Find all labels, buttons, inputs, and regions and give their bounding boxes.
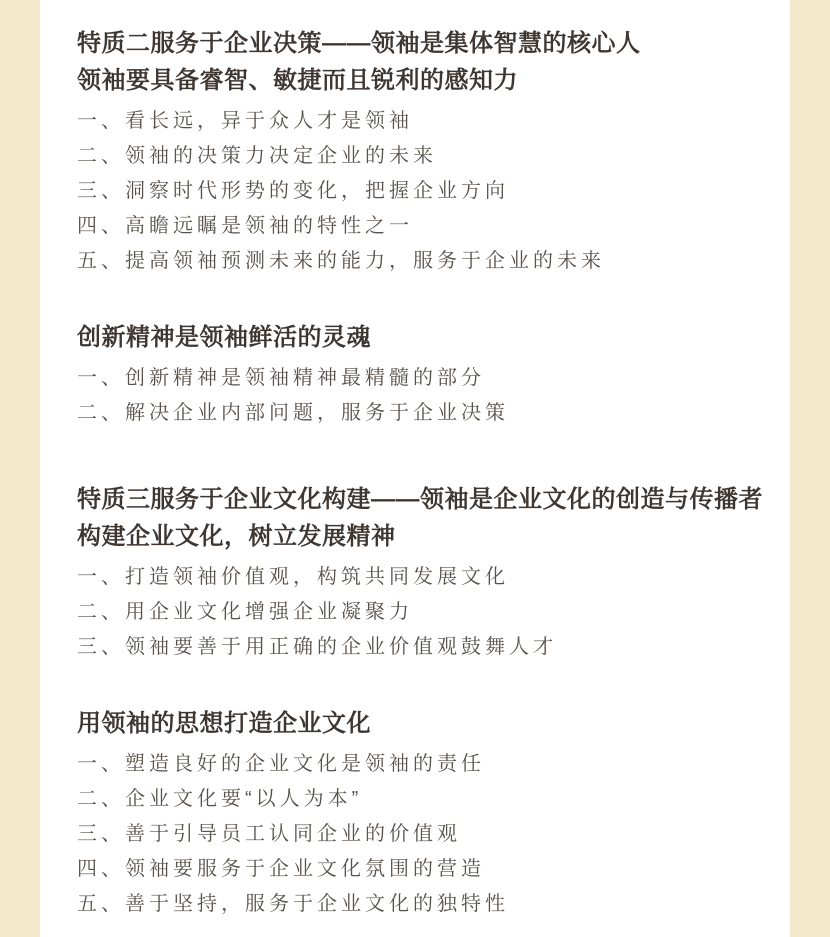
section-list: 一、打造领袖价值观，构筑共同发展文化 二、用企业文化增强企业凝聚力 三、领袖要善… — [77, 560, 770, 665]
content-card: 特质二服务于企业决策——领袖是集体智慧的核心人 领袖要具备睿智、敏捷而且锐利的感… — [40, 0, 790, 937]
list-item: 四、高瞻远瞩是领袖的特性之一 — [77, 209, 770, 244]
list-item: 二、解决企业内部问题，服务于企业决策 — [77, 396, 770, 431]
list-item: 五、善于坚持，服务于企业文化的独特性 — [77, 887, 770, 922]
list-item: 三、领袖要善于用正确的企业价值观鼓舞人才 — [77, 630, 770, 665]
section-innovation-spirit: 创新精神是领袖鲜活的灵魂 一、创新精神是领袖精神最精髓的部分 二、解决企业内部问… — [77, 319, 770, 431]
section-leader-thought-culture: 用领袖的思想打造企业文化 一、塑造良好的企业文化是领袖的责任 二、企业文化要“以… — [77, 705, 770, 922]
list-item: 四、领袖要服务于企业文化氛围的营造 — [77, 852, 770, 887]
section-heading-line: 创新精神是领袖鲜活的灵魂 — [77, 319, 770, 356]
list-item: 三、善于引导员工认同企业的价值观 — [77, 817, 770, 852]
section-heading-line: 构建企业文化，树立发展精神 — [77, 518, 770, 555]
section-list: 一、看长远，异于众人才是领袖 二、领袖的决策力决定企业的未来 三、洞察时代形势的… — [77, 104, 770, 279]
list-item: 二、领袖的决策力决定企业的未来 — [77, 139, 770, 174]
list-item: 三、洞察时代形势的变化，把握企业方向 — [77, 174, 770, 209]
list-item: 一、打造领袖价值观，构筑共同发展文化 — [77, 560, 770, 595]
section-heading-line: 用领袖的思想打造企业文化 — [77, 705, 770, 742]
section-list: 一、塑造良好的企业文化是领袖的责任 二、企业文化要“以人为本” 三、善于引导员工… — [77, 747, 770, 922]
section-heading-line: 特质二服务于企业决策——领袖是集体智慧的核心人 — [77, 25, 770, 62]
list-item: 一、塑造良好的企业文化是领袖的责任 — [77, 747, 770, 782]
section-heading-line: 特质三服务于企业文化构建——领袖是企业文化的创造与传播者 — [77, 481, 770, 518]
list-item: 五、提高领袖预测未来的能力，服务于企业的未来 — [77, 244, 770, 279]
section-heading: 特质三服务于企业文化构建——领袖是企业文化的创造与传播者 构建企业文化，树立发展… — [77, 481, 770, 555]
list-item: 二、用企业文化增强企业凝聚力 — [77, 595, 770, 630]
section-trait-three: 特质三服务于企业文化构建——领袖是企业文化的创造与传播者 构建企业文化，树立发展… — [77, 481, 770, 665]
section-heading-line: 领袖要具备睿智、敏捷而且锐利的感知力 — [77, 62, 770, 99]
list-item: 一、看长远，异于众人才是领袖 — [77, 104, 770, 139]
list-item: 一、创新精神是领袖精神最精髓的部分 — [77, 361, 770, 396]
section-heading: 创新精神是领袖鲜活的灵魂 — [77, 319, 770, 356]
section-trait-two: 特质二服务于企业决策——领袖是集体智慧的核心人 领袖要具备睿智、敏捷而且锐利的感… — [77, 25, 770, 279]
section-list: 一、创新精神是领袖精神最精髓的部分 二、解决企业内部问题，服务于企业决策 — [77, 361, 770, 431]
section-heading: 特质二服务于企业决策——领袖是集体智慧的核心人 领袖要具备睿智、敏捷而且锐利的感… — [77, 25, 770, 99]
list-item: 二、企业文化要“以人为本” — [77, 782, 770, 817]
section-heading: 用领袖的思想打造企业文化 — [77, 705, 770, 742]
